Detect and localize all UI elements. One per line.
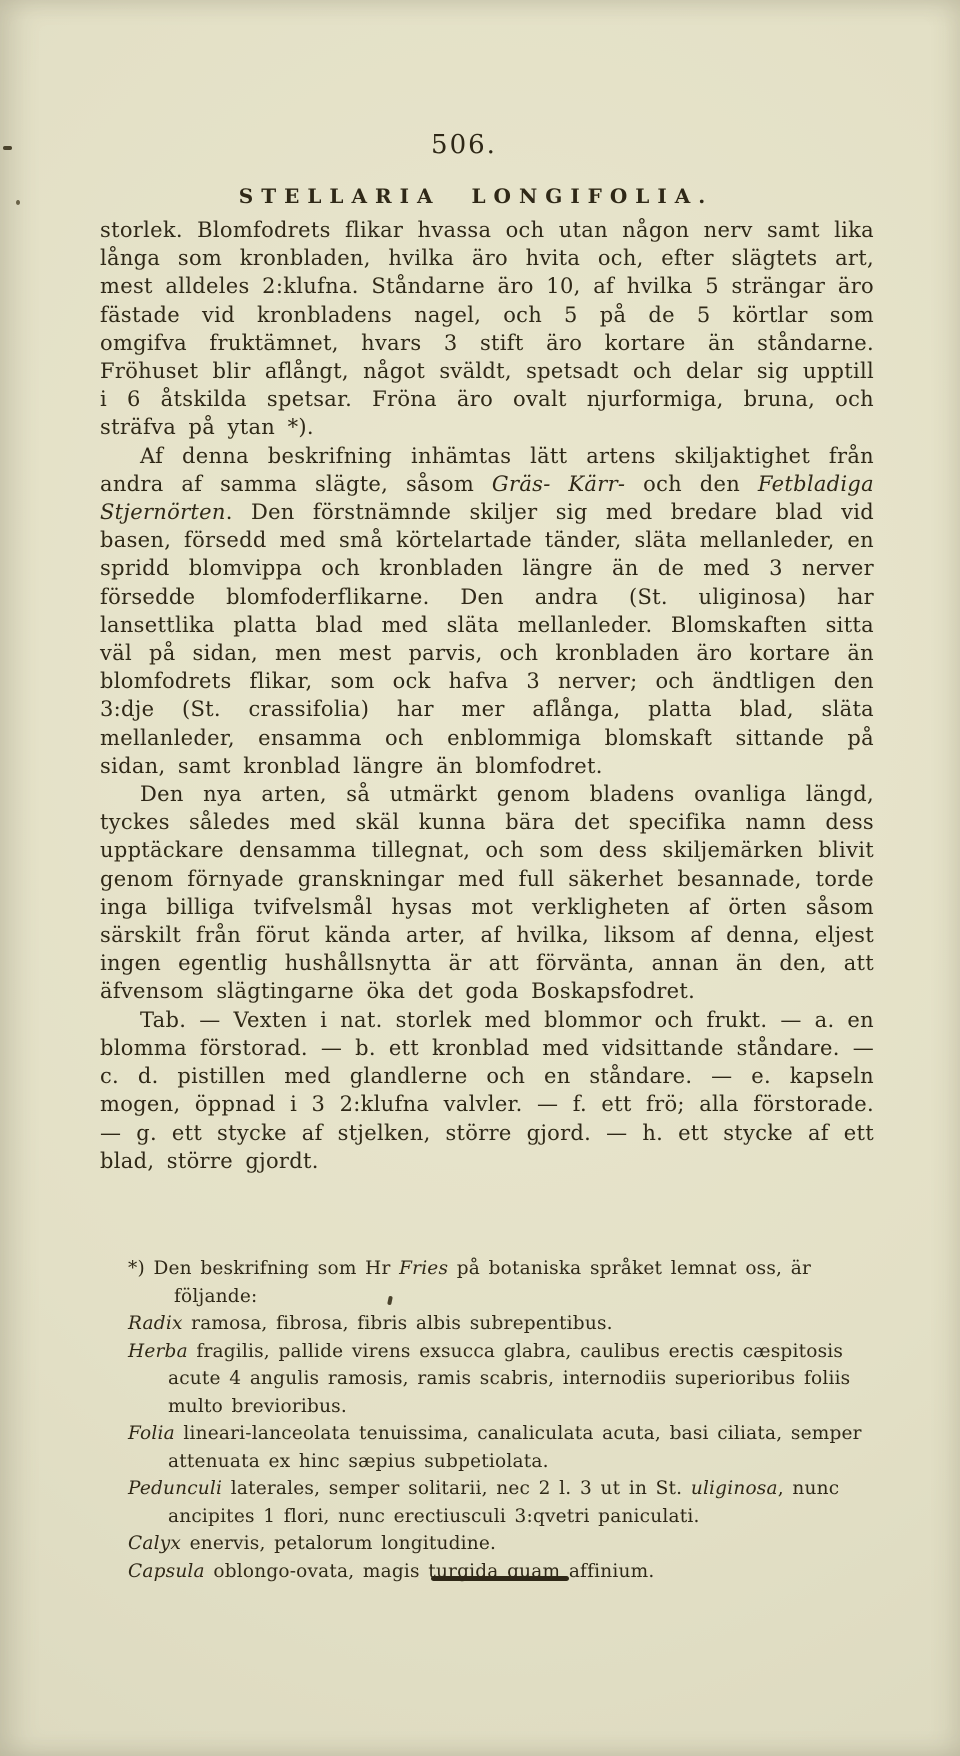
end-of-article-divider <box>431 1576 569 1581</box>
footnote-entry-radix: Radix ramosa, fibrosa, fibris albis subr… <box>128 1310 876 1338</box>
footnote: *) Den beskrifning som Hr Fries på botan… <box>128 1255 876 1585</box>
book-page: 506. STELLARIA LONGIFOLIA. storlek. Blom… <box>0 0 960 1756</box>
paragraph-species-distinctions: Af denna beskrifning inhämtas lätt arten… <box>100 442 874 780</box>
footnote-entry-calyx: Calyx enervis, petalorum longitudine. <box>128 1530 876 1558</box>
paragraph-plate-explanation: Tab. — Vexten i nat. storlek med blommor… <box>100 1006 874 1175</box>
footnote-intro: *) Den beskrifning som Hr Fries på botan… <box>128 1255 876 1310</box>
footnote-entry-herba: Herba fragilis, pallide virens exsucca g… <box>128 1338 876 1421</box>
footnote-entry-pedunculi: Pedunculi laterales, semper solitarii, n… <box>128 1475 876 1530</box>
page-number: 506. <box>0 130 944 160</box>
footnote-entry-folia: Folia lineari-lanceolata tenuissima, can… <box>128 1420 876 1475</box>
paragraph-description-continuation: storlek. Blomfodrets flikar hvassa och u… <box>100 216 874 442</box>
species-heading: STELLARIA LONGIFOLIA. <box>0 184 956 208</box>
body-text: storlek. Blomfodrets flikar hvassa och u… <box>100 216 874 1175</box>
paragraph-new-species-remarks: Den nya arten, så utmärkt genom bladens … <box>100 780 874 1006</box>
